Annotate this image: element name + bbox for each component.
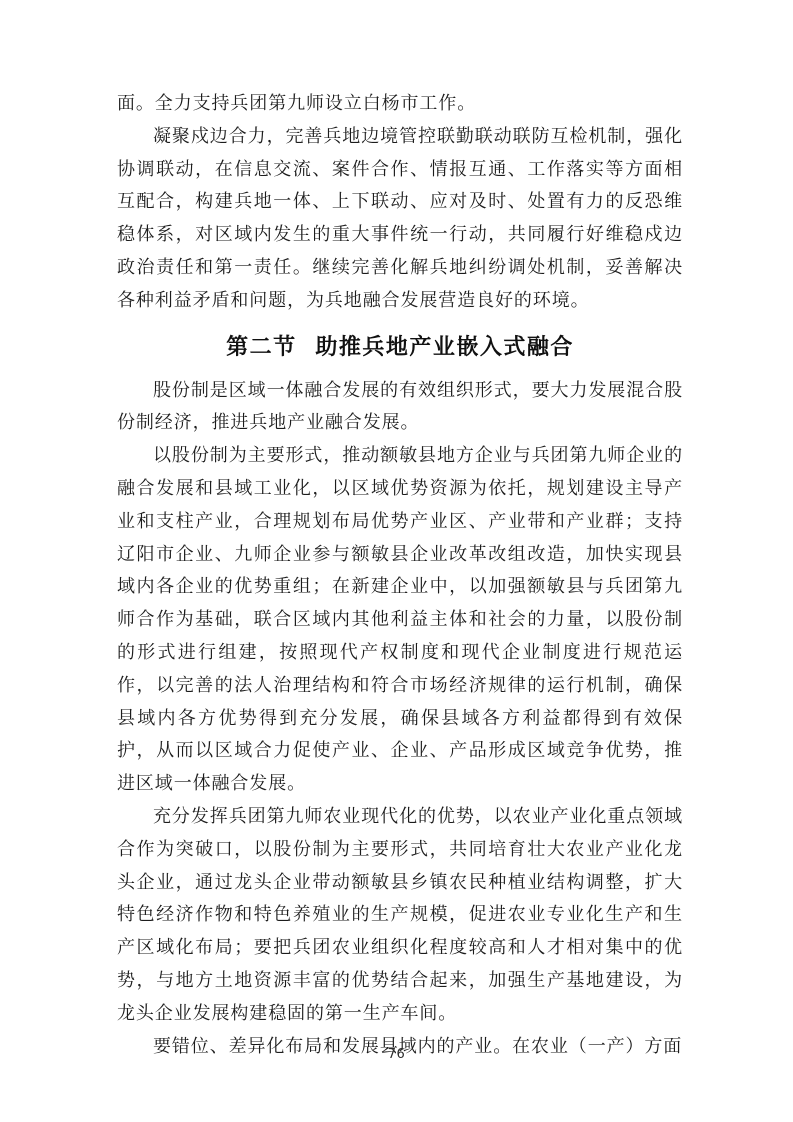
page-content: 面。全力支持兵团第九师设立白杨市工作。凝聚戍边合力，完善兵地边境管控联勤联动联防… [117, 88, 683, 1063]
paragraph: 充分发挥兵团第九师农业现代化的优势，以农业产业化重点领域合作为突破口，以股份制为… [117, 801, 683, 1031]
paragraph: 面。全力支持兵团第九师设立白杨市工作。 [117, 88, 683, 121]
paragraph: 股份制是区域一体融合发展的有效组织形式，要大力发展混合股份制经济，推进兵地产业融… [117, 375, 683, 441]
page-number: 76 [0, 1047, 793, 1062]
intro-paragraphs: 面。全力支持兵团第九师设立白杨市工作。凝聚戍边合力，完善兵地边境管控联勤联动联防… [117, 88, 683, 318]
document-page: 面。全力支持兵团第九师设立白杨市工作。凝聚戍边合力，完善兵地边境管控联勤联动联防… [0, 0, 793, 1122]
section-heading-title: 助推兵地产业嵌入式融合 [315, 335, 574, 360]
paragraph: 以股份制为主要形式，推动额敏县地方企业与兵团第九师企业的融合发展和县域工业化，以… [117, 440, 683, 801]
section-heading: 第二节助推兵地产业嵌入式融合 [117, 331, 683, 365]
paragraph: 凝聚戍边合力，完善兵地边境管控联勤联动联防互检机制，强化协调联动，在信息交流、案… [117, 121, 683, 318]
section-heading-label: 第二节 [226, 335, 297, 360]
section-paragraphs: 股份制是区域一体融合发展的有效组织形式，要大力发展混合股份制经济，推进兵地产业融… [117, 375, 683, 1064]
